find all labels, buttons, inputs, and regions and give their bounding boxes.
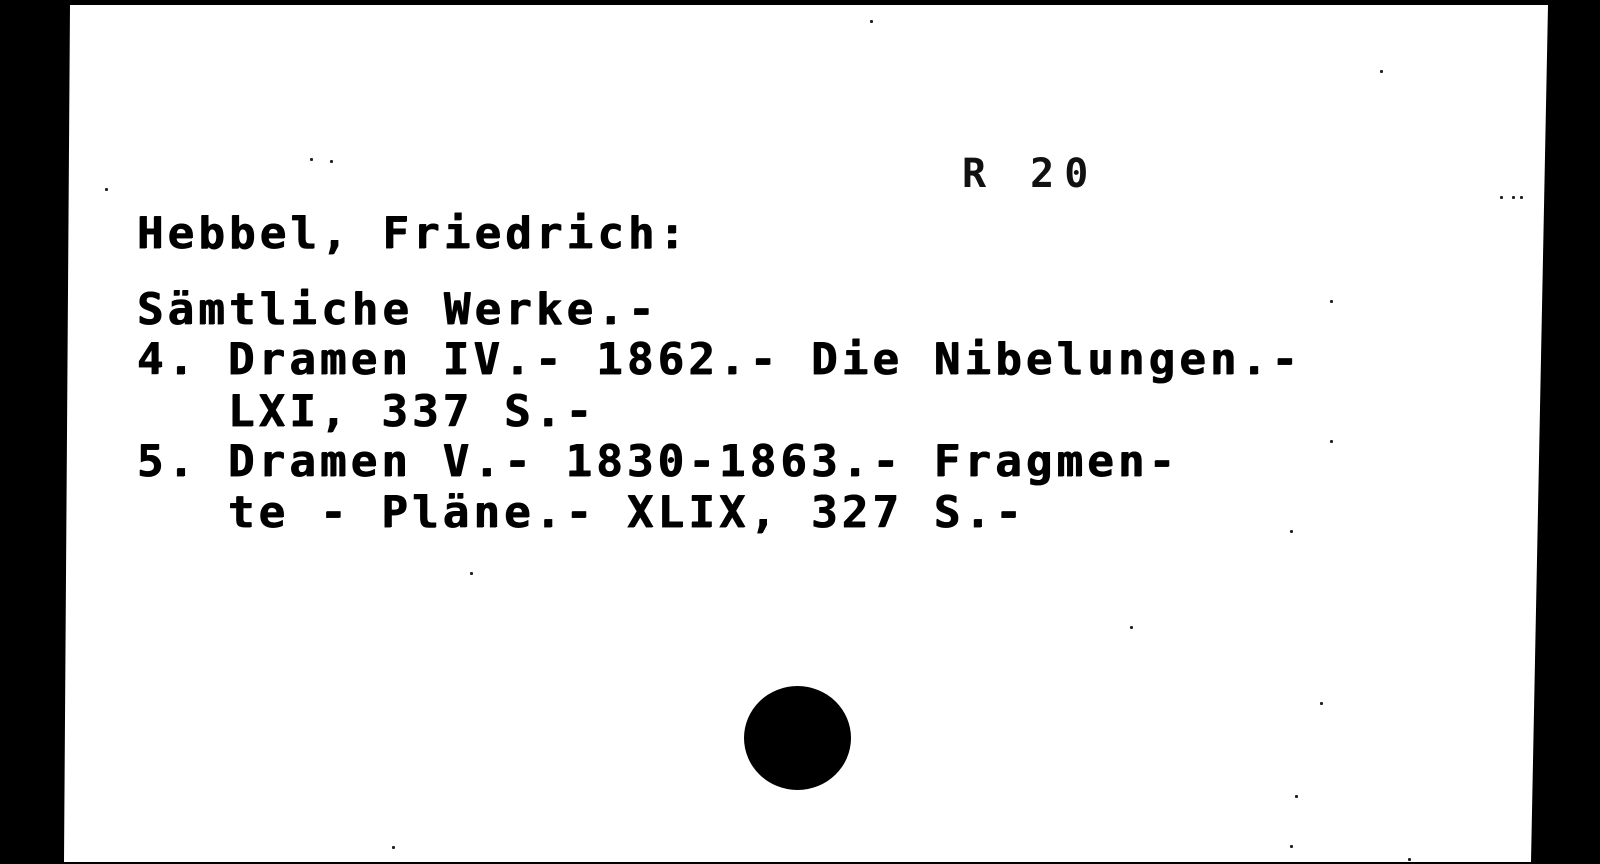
scan-speck (1408, 858, 1411, 861)
scan-speck (870, 20, 873, 23)
scan-speck (105, 188, 108, 191)
call-number: R 20 (962, 152, 1098, 196)
entry-5-number: 5. (137, 440, 198, 484)
scan-speck (392, 846, 395, 849)
scan-speck (1500, 196, 1503, 199)
scan-speck (1295, 795, 1298, 798)
entry-4-description: Dramen IV.- 1862.- Die Nibelungen.- (228, 338, 1302, 382)
scan-speck (1290, 530, 1293, 533)
scan-speck (470, 572, 473, 575)
punch-hole (744, 686, 851, 790)
entry-4-pagination: LXI, 337 S.- (228, 390, 596, 434)
scan-speck (1130, 626, 1133, 629)
scan-speck (1290, 845, 1293, 848)
author-heading: Hebbel, Friedrich: (137, 212, 689, 256)
scan-speck (330, 160, 333, 163)
scan-speck (1520, 196, 1523, 199)
scan-speck (1320, 702, 1323, 705)
scan-speck (1330, 440, 1333, 443)
entry-5-description: Dramen V.- 1830-1863.- Fragmen- (228, 440, 1179, 484)
index-card: R 20 Hebbel, Friedrich: Sämtliche Werke.… (0, 0, 1600, 864)
scanned-catalog-card: R 20 Hebbel, Friedrich: Sämtliche Werke.… (0, 0, 1600, 864)
scan-speck (1512, 196, 1515, 199)
scan-speck (1330, 300, 1333, 303)
entry-5-pagination: te - Pläne.- XLIX, 327 S.- (228, 491, 1026, 535)
entry-4-number: 4. (137, 338, 198, 382)
work-title: Sämtliche Werke.- (137, 288, 659, 332)
scan-speck (1380, 70, 1383, 73)
scan-speck (310, 158, 313, 161)
